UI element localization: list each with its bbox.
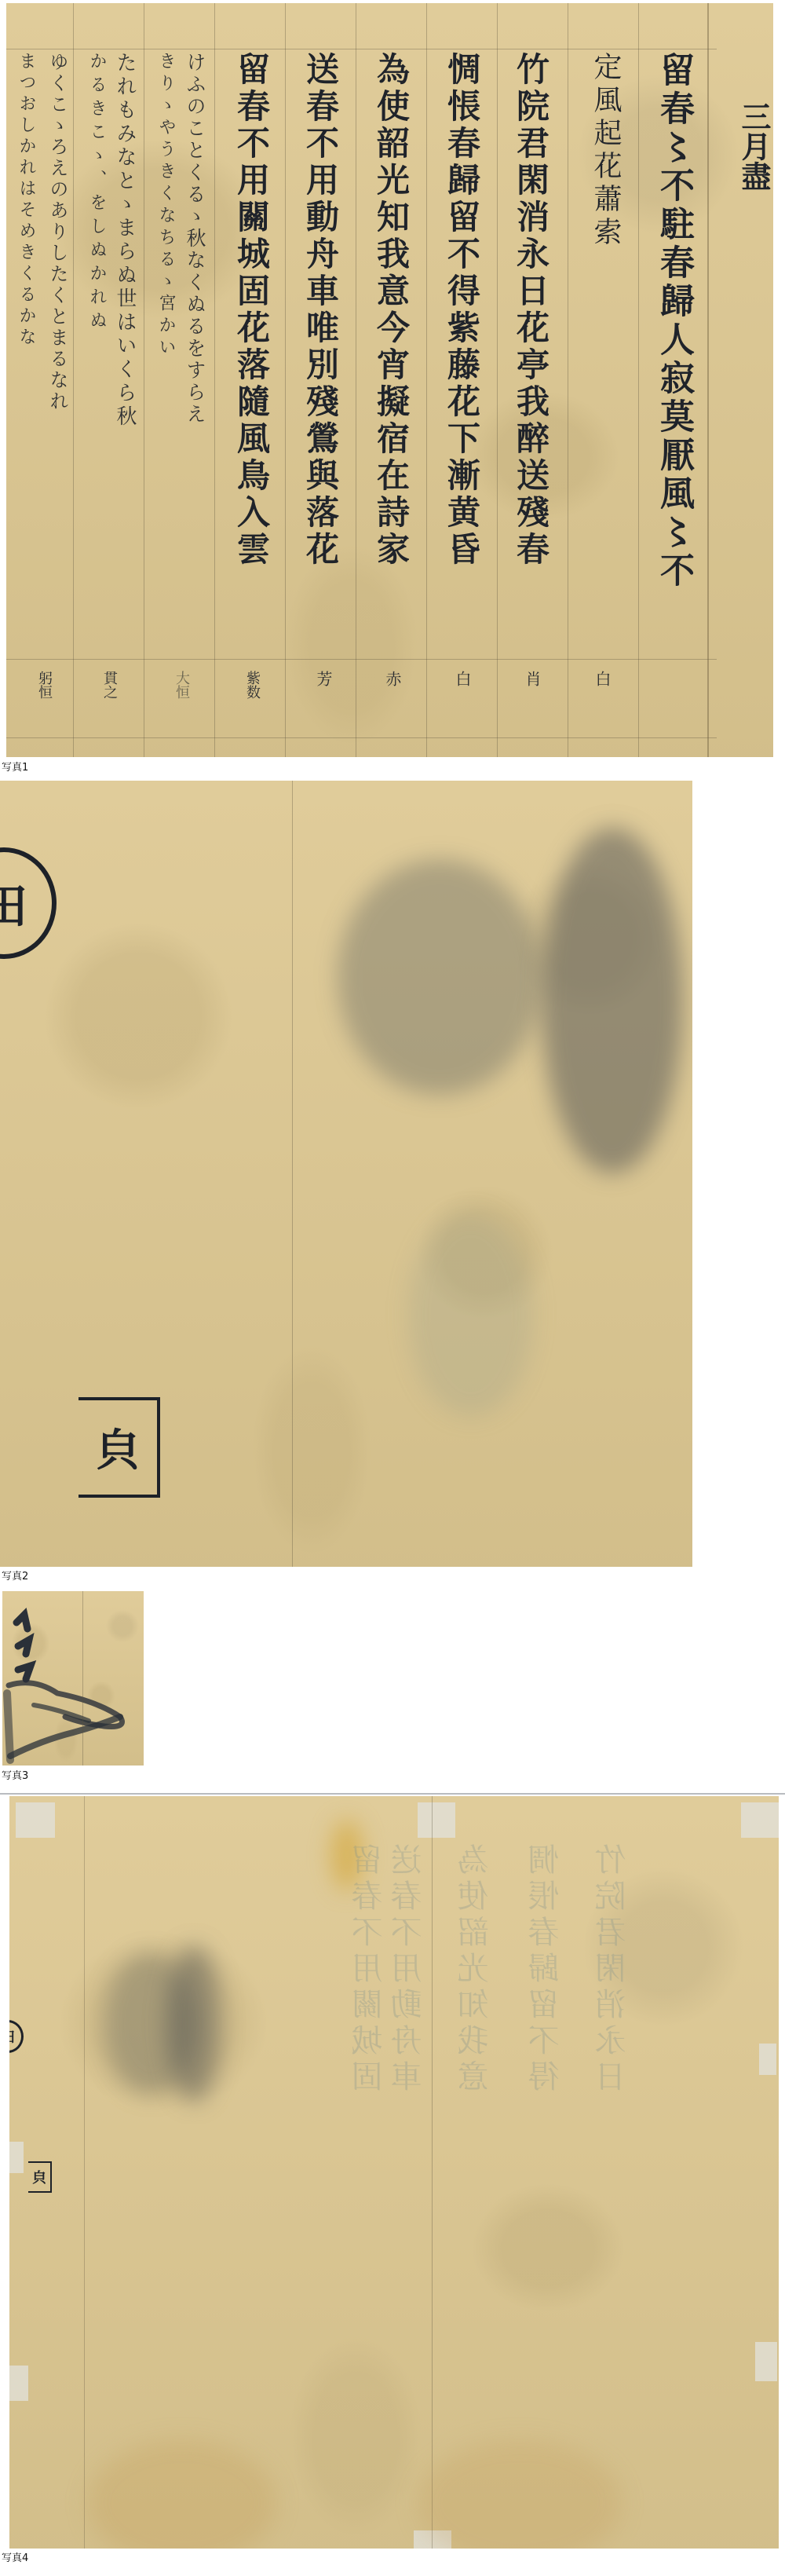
ruled-column-line [285,3,286,757]
page-margin-edge [707,3,709,757]
mounting-tape [9,2142,24,2173]
mounting-tape [759,2044,776,2075]
scan-top-edge [0,1793,785,1795]
round-seal-icon: 田 [0,847,57,959]
calligraphy-column-3: 竹院君閑消永日花亭我醉送殘春 [507,52,554,657]
kana-column-6: まつおしかれはそめきくるかな [14,52,38,657]
mounting-tape [16,1802,55,1838]
photo-2-back-side-with-seals: 田 㒵 [0,781,692,1567]
ruled-column-line [356,3,356,757]
ruled-line-bottom [6,737,717,738]
kana-column-1: けふのことくるゝ秋なくぬるをすらえ [181,52,209,657]
annotation-note: 貫之 [99,671,119,699]
calligraphy-column-1: 留春〻不駐春歸人寂莫厭風〻不 [648,52,699,657]
ruled-line-top [6,49,717,49]
photo-3-caption: 写真3 [2,1770,28,1783]
ruled-line-lower [6,659,717,660]
annotation-note: 白 [591,671,614,686]
square-seal-icon: 㒵 [28,2161,52,2193]
paper-seam-line [82,1591,83,1766]
ruled-column-line [568,3,568,757]
ruled-column-line [638,3,639,757]
paper-seam-line [84,1796,85,2549]
kana-column-4: かるきこゝ、をしぬかれぬ [85,52,109,657]
brush-stroke-detail-icon [2,1591,144,1766]
photo-4-reverse-side-full: 留春不用關城固 送春不用動舟車 為使韶光知我意 惆悵春歸留不得 竹院君閑消永日 … [9,1796,779,2549]
ruled-column-line [144,3,144,757]
photo-4-caption: 写真4 [2,2552,28,2565]
kana-column-2: きりゝやうきくなちるゝ宮かい [154,52,178,657]
annotation-note: 大恒 [171,671,192,699]
annotation-note: 白 [451,671,474,686]
water-stain [418,2440,622,2549]
mirrored-show-through-text: 送春不用動舟車 [386,1843,431,2096]
mounting-tape [418,1802,455,1838]
calligraphy-column-6: 送春不用動舟車唯別殘鶯與落花 [297,52,344,657]
annotation-note: 肖 [521,671,544,686]
ruled-column-line [214,3,215,757]
ink-bleed-stain [542,828,683,1173]
mirrored-show-through-text: 為使韶光知我意 [453,1843,498,2096]
paper-seam-line [432,1796,433,2549]
annotation-note: 赤 [382,671,404,686]
annotation-note: 芳 [312,671,335,686]
faint-show-through [408,1213,534,1417]
calligraphy-column-4: 惆悵春歸留不得紫藤花下漸黄昏 [438,52,485,657]
calligraphy-column-7: 留春不用關城固花落隨風鳥入雲 [228,52,275,657]
photo-2-caption: 写真2 [2,1571,28,1583]
paper-seam-line [292,781,293,1567]
mirrored-show-through-text: 惆悵春歸留不得 [524,1843,568,2096]
ruled-column-line [426,3,427,757]
annotation-note: 紫数 [242,671,262,699]
square-seal-icon: 㒵 [78,1397,160,1498]
ink-bleed-stain [338,859,542,1095]
mounting-tape [9,2366,28,2401]
kana-column-3: たれもみなとゝまらぬ世はいくら秋 [111,52,140,657]
round-seal-icon: 田 [9,2020,24,2053]
mirrored-show-through-text: 留春不用關城固 [347,1843,392,2096]
section-title-sangatsujin: 三月盡 [732,101,773,191]
calligraphy-column-5: 為使韶光知我意今宵擬宿在詩家 [367,52,414,657]
kana-column-5: ゆくこゝろえのありしたくとまるなれ [44,52,71,657]
mounting-tape [741,1802,779,1838]
ink-bleed-stain [166,1945,221,2102]
mirrored-show-through-text: 竹院君閑消永日 [590,1843,635,2096]
calligraphy-column-2: 定風起花蕭索 [586,52,626,366]
photo-1-caption: 写真1 [2,762,28,774]
annotation-note: 躬恒 [34,671,54,699]
ruled-column-line [497,3,498,757]
water-stain [88,2440,276,2549]
photo-3-detail-crop [2,1591,144,1766]
ruled-column-line [73,3,74,757]
mounting-tape [755,2342,777,2381]
photo-1-manuscript-page: 三月盡 留春〻不駐春歸人寂莫厭風〻不 定風起花蕭索 竹院君閑消永日花亭我醉送殘春… [6,3,773,757]
